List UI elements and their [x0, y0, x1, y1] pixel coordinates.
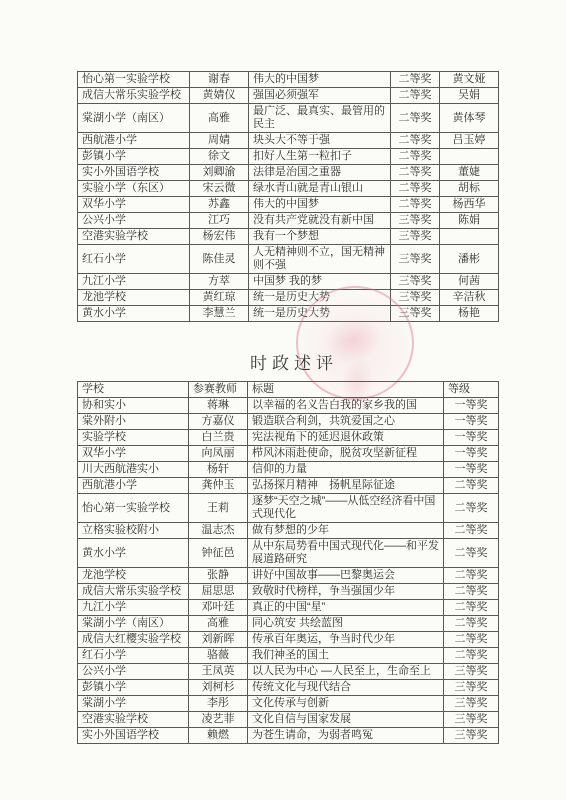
title-cell: 讲好中国故事——巴黎奥运会	[248, 568, 444, 584]
extra-name-cell: 潘彬	[440, 245, 499, 274]
award-cell: 二等奖	[391, 104, 440, 133]
extra-name-cell: 黄文娅	[440, 72, 499, 88]
table-row: 公兴小学 江巧 没有共产党就没有新中国 三等奖 陈娟	[78, 213, 499, 229]
school-cell: 川大西航港实小	[78, 462, 189, 478]
award-cell: 一等奖	[444, 462, 499, 478]
school-cell: 棠湖小学（南区）	[78, 616, 189, 632]
school-cell: 西航港小学	[78, 478, 189, 494]
school-cell: 红石小学	[78, 648, 189, 664]
school-cell: 实小外国语学校	[78, 165, 190, 181]
school-cell: 红石小学	[78, 245, 190, 274]
teacher-cell: 刘卿渝	[190, 165, 249, 181]
school-cell: 西航港小学	[78, 133, 190, 149]
table-row: 立格实验校附小 温志杰 做有梦想的少年 二等奖	[78, 523, 499, 539]
award-cell: 三等奖	[391, 245, 440, 274]
extra-name-cell: 陈娟	[440, 213, 499, 229]
award-cell: 三等奖	[444, 680, 499, 696]
extra-name-cell: 吴娟	[440, 88, 499, 104]
award-cell: 二等奖	[444, 478, 499, 494]
title-cell: 文化传承与创新	[248, 696, 444, 712]
award-cell: 一等奖	[444, 446, 499, 462]
teacher-cell: 邓叶廷	[189, 600, 248, 616]
header-school: 学校	[78, 382, 189, 398]
school-cell: 空港实验学校	[78, 712, 189, 728]
table-row: 实小外国语学校 刘卿渝 法律是治国之重器 二等奖 董婕	[78, 165, 499, 181]
scanned-document-page: 怡心第一实验学校 谢春 伟大的中国梦 二等奖 黄文娅 成信大常乐实验学校 黄婧仪…	[0, 0, 566, 800]
teacher-cell: 王莉	[189, 494, 248, 523]
school-cell: 公兴小学	[78, 664, 189, 680]
table-row: 成信大常乐实验学校 屈思思 致敬时代榜样，争当强国少年 二等奖	[78, 584, 499, 600]
extra-name-cell: 胡标	[440, 181, 499, 197]
school-cell: 空港实验学校	[78, 229, 190, 245]
table-row: 棠湖小学（南区） 高雅 最广泛、最真实、最管用的民主 二等奖 黄体琴	[78, 104, 499, 133]
table-row: 彭镇小学 徐文 扣好人生第一粒扣子 二等奖	[78, 149, 499, 165]
header-award: 等级	[444, 382, 499, 398]
title-cell: 致敬时代榜样，争当强国少年	[248, 584, 444, 600]
award-table-current-affairs: 学校 参赛教师 标题 等级 协和实小 蒋琳 以幸福的名义告白我的家乡我的国 一等…	[77, 381, 499, 744]
table-row: 红石小学 骆薇 我们神圣的国土 二等奖	[78, 648, 499, 664]
teacher-cell: 高雅	[190, 104, 249, 133]
title-cell: 逐梦“天空之城”——从低空经济看中国式现代化	[248, 494, 444, 523]
title-cell: 传统文化与现代结合	[248, 680, 444, 696]
table-row: 空港实验学校 杨宏伟 我有一个梦想 三等奖	[78, 229, 499, 245]
table-row: 黄水小学 李慧兰 统一是历史大势 三等奖 杨艳	[78, 306, 499, 322]
teacher-cell: 李彤	[189, 696, 248, 712]
award-cell: 一等奖	[444, 430, 499, 446]
header-title: 标题	[248, 382, 444, 398]
table-row: 黄水小学 钟征邑 从中东局势看中国式现代化——和平发展道路研究 二等奖	[78, 539, 499, 568]
table-row: 实验学校 白兰贵 宪法视角下的延迟退休政策 一等奖	[78, 430, 499, 446]
table-row: 怡心第一实验学校 谢春 伟大的中国梦 二等奖 黄文娅	[78, 72, 499, 88]
award-cell: 三等奖	[391, 274, 440, 290]
school-cell: 怡心第一实验学校	[78, 494, 189, 523]
table-row: 实小外国语学校 赖燃 为苍生请命，为弱者鸣冤 三等奖	[78, 728, 499, 744]
title-cell: 中国梦 我的梦	[249, 274, 391, 290]
table-row: 川大西航港实小 杨轩 信仰的力量 一等奖	[78, 462, 499, 478]
teacher-cell: 向凤丽	[189, 446, 248, 462]
title-cell: 我有一个梦想	[249, 229, 391, 245]
school-cell: 实验小学（东区）	[78, 181, 190, 197]
title-cell: 法律是治国之重器	[249, 165, 391, 181]
teacher-cell: 谢春	[190, 72, 249, 88]
title-cell: 弘扬探月精神 扬帆星际征途	[248, 478, 444, 494]
title-cell: 伟大的中国梦	[249, 72, 391, 88]
award-cell: 二等奖	[444, 632, 499, 648]
award-cell: 二等奖	[391, 88, 440, 104]
teacher-cell: 苏鑫	[190, 197, 249, 213]
title-cell: 宪法视角下的延迟退休政策	[248, 430, 444, 446]
teacher-cell: 方萃	[190, 274, 249, 290]
award-cell: 二等奖	[391, 133, 440, 149]
school-cell: 双华小学	[78, 446, 189, 462]
teacher-cell: 白兰贵	[189, 430, 248, 446]
title-cell: 做有梦想的少年	[248, 523, 444, 539]
title-cell: 同心筑安 共绘蓝图	[248, 616, 444, 632]
award-table-top: 怡心第一实验学校 谢春 伟大的中国梦 二等奖 黄文娅 成信大常乐实验学校 黄婧仪…	[77, 71, 499, 322]
school-cell: 棠外附小	[78, 414, 189, 430]
school-cell: 棠湖小学（南区）	[78, 104, 190, 133]
award-cell: 三等奖	[444, 664, 499, 680]
award-cell: 二等奖	[444, 600, 499, 616]
table-header-row: 学校 参赛教师 标题 等级	[78, 382, 499, 398]
award-cell: 二等奖	[444, 584, 499, 600]
teacher-cell: 黄婧仪	[190, 88, 249, 104]
award-cell: 三等奖	[391, 213, 440, 229]
teacher-cell: 赖燃	[189, 728, 248, 744]
table-row: 公兴小学 王凤英 以人民为中心 —人民至上，生命至上 三等奖	[78, 664, 499, 680]
award-cell: 三等奖	[444, 696, 499, 712]
teacher-cell: 刘新晖	[189, 632, 248, 648]
teacher-cell: 周婧	[190, 133, 249, 149]
table-row: 龙池学校 黄红琼 统一是历史大势 三等奖 辛洁秋	[78, 290, 499, 306]
table-row: 九江小学 邓叶廷 真正的中国“星” 二等奖	[78, 600, 499, 616]
school-cell: 怡心第一实验学校	[78, 72, 190, 88]
school-cell: 黄水小学	[78, 539, 189, 568]
table-row: 棠外附小 方嘉仪 锻造联合利剑，共筑爱国之心 一等奖	[78, 414, 499, 430]
extra-name-cell	[440, 229, 499, 245]
extra-name-cell: 吕玉婷	[440, 133, 499, 149]
teacher-cell: 李慧兰	[190, 306, 249, 322]
school-cell: 九江小学	[78, 600, 189, 616]
award-cell: 一等奖	[444, 398, 499, 414]
table-row: 成信大常乐实验学校 黄婧仪 强国必须强军 二等奖 吴娟	[78, 88, 499, 104]
school-cell: 彭镇小学	[78, 149, 190, 165]
school-cell: 九江小学	[78, 274, 190, 290]
title-cell: 以人民为中心 —人民至上，生命至上	[248, 664, 444, 680]
school-cell: 彭镇小学	[78, 680, 189, 696]
award-cell: 三等奖	[444, 728, 499, 744]
school-cell: 成信大红樱实验学校	[78, 632, 189, 648]
title-cell: 真正的中国“星”	[248, 600, 444, 616]
teacher-cell: 宋云微	[190, 181, 249, 197]
award-cell: 二等奖	[444, 648, 499, 664]
teacher-cell: 骆薇	[189, 648, 248, 664]
table-row: 西航港小学 龚仲玉 弘扬探月精神 扬帆星际征途 二等奖	[78, 478, 499, 494]
title-cell: 扣好人生第一粒扣子	[249, 149, 391, 165]
school-cell: 成信大常乐实验学校	[78, 584, 189, 600]
table-row: 龙池学校 张静 讲好中国故事——巴黎奥运会 二等奖	[78, 568, 499, 584]
teacher-cell: 温志杰	[189, 523, 248, 539]
title-cell: 文化自信与国家发展	[248, 712, 444, 728]
award-cell: 三等奖	[391, 306, 440, 322]
table-row: 双华小学 向凤丽 栉风沐雨赴使命，脱贫攻坚新征程 一等奖	[78, 446, 499, 462]
title-cell: 统一是历史大势	[249, 290, 391, 306]
school-cell: 龙池学校	[78, 290, 190, 306]
title-cell: 强国必须强军	[249, 88, 391, 104]
school-cell: 实小外国语学校	[78, 728, 189, 744]
table-row: 彭镇小学 刘柯杉 传统文化与现代结合 三等奖	[78, 680, 499, 696]
award-cell: 二等奖	[444, 568, 499, 584]
title-cell: 没有共产党就没有新中国	[249, 213, 391, 229]
award-cell: 三等奖	[391, 229, 440, 245]
title-cell: 绿水青山就是青山银山	[249, 181, 391, 197]
title-cell: 以幸福的名义告白我的家乡我的国	[248, 398, 444, 414]
award-cell: 二等奖	[391, 165, 440, 181]
award-cell: 二等奖	[444, 523, 499, 539]
school-cell: 棠湖小学	[78, 696, 189, 712]
award-cell: 一等奖	[444, 414, 499, 430]
extra-name-cell: 辛洁秋	[440, 290, 499, 306]
school-cell: 立格实验校附小	[78, 523, 189, 539]
teacher-cell: 龚仲玉	[189, 478, 248, 494]
award-cell: 二等奖	[444, 539, 499, 568]
award-cell: 三等奖	[444, 712, 499, 728]
title-cell: 人无精神则不立，国无精神则不强	[249, 245, 391, 274]
teacher-cell: 方嘉仪	[189, 414, 248, 430]
teacher-cell: 陈佳灵	[190, 245, 249, 274]
teacher-cell: 江巧	[190, 213, 249, 229]
table-row: 九江小学 方萃 中国梦 我的梦 三等奖 何茜	[78, 274, 499, 290]
table-row: 协和实小 蒋琳 以幸福的名义告白我的家乡我的国 一等奖	[78, 398, 499, 414]
teacher-cell: 杨宏伟	[190, 229, 249, 245]
extra-name-cell	[440, 149, 499, 165]
teacher-cell: 黄红琼	[190, 290, 249, 306]
teacher-cell: 凌艺菲	[189, 712, 248, 728]
title-cell: 为苍生请命，为弱者鸣冤	[248, 728, 444, 744]
title-cell: 统一是历史大势	[249, 306, 391, 322]
teacher-cell: 王凤英	[189, 664, 248, 680]
title-cell: 传承百年奥运，争当时代少年	[248, 632, 444, 648]
school-cell: 成信大常乐实验学校	[78, 88, 190, 104]
award-cell: 三等奖	[391, 290, 440, 306]
title-cell: 块头大不等于强	[249, 133, 391, 149]
school-cell: 黄水小学	[78, 306, 190, 322]
school-cell: 公兴小学	[78, 213, 190, 229]
teacher-cell: 徐文	[190, 149, 249, 165]
school-cell: 双华小学	[78, 197, 190, 213]
table-row: 实验小学（东区） 宋云微 绿水青山就是青山银山 二等奖 胡标	[78, 181, 499, 197]
table-row: 棠湖小学 李彤 文化传承与创新 三等奖	[78, 696, 499, 712]
award-cell: 二等奖	[391, 197, 440, 213]
teacher-cell: 高雅	[189, 616, 248, 632]
school-cell: 龙池学校	[78, 568, 189, 584]
title-cell: 栉风沐雨赴使命，脱贫攻坚新征程	[248, 446, 444, 462]
header-teacher: 参赛教师	[189, 382, 248, 398]
table-row: 怡心第一实验学校 王莉 逐梦“天空之城”——从低空经济看中国式现代化 二等奖	[78, 494, 499, 523]
extra-name-cell: 黄体琴	[440, 104, 499, 133]
teacher-cell: 钟征邑	[189, 539, 248, 568]
school-cell: 协和实小	[78, 398, 189, 414]
extra-name-cell: 董婕	[440, 165, 499, 181]
table-row: 双华小学 苏鑫 伟大的中国梦 二等奖 杨西华	[78, 197, 499, 213]
award-cell: 二等奖	[391, 72, 440, 88]
extra-name-cell: 何茜	[440, 274, 499, 290]
table-row: 棠湖小学（南区） 高雅 同心筑安 共绘蓝图 二等奖	[78, 616, 499, 632]
table-row: 红石小学 陈佳灵 人无精神则不立，国无精神则不强 三等奖 潘彬	[78, 245, 499, 274]
title-cell: 我们神圣的国土	[248, 648, 444, 664]
teacher-cell: 刘柯杉	[189, 680, 248, 696]
title-cell: 伟大的中国梦	[249, 197, 391, 213]
teacher-cell: 杨轩	[189, 462, 248, 478]
teacher-cell: 张静	[189, 568, 248, 584]
award-cell: 二等奖	[444, 494, 499, 523]
school-cell: 实验学校	[78, 430, 189, 446]
extra-name-cell: 杨艳	[440, 306, 499, 322]
table-row: 西航港小学 周婧 块头大不等于强 二等奖 吕玉婷	[78, 133, 499, 149]
table-row: 成信大红樱实验学校 刘新晖 传承百年奥运，争当时代少年 二等奖	[78, 632, 499, 648]
extra-name-cell: 杨西华	[440, 197, 499, 213]
award-cell: 二等奖	[391, 181, 440, 197]
award-cell: 二等奖	[391, 149, 440, 165]
title-cell: 最广泛、最真实、最管用的民主	[249, 104, 391, 133]
teacher-cell: 屈思思	[189, 584, 248, 600]
title-cell: 锻造联合利剑，共筑爱国之心	[248, 414, 444, 430]
title-cell: 信仰的力量	[248, 462, 444, 478]
table-row: 空港实验学校 凌艺菲 文化自信与国家发展 三等奖	[78, 712, 499, 728]
title-cell: 从中东局势看中国式现代化——和平发展道路研究	[248, 539, 444, 568]
teacher-cell: 蒋琳	[189, 398, 248, 414]
award-cell: 二等奖	[444, 616, 499, 632]
section-title: 时政述评	[0, 349, 566, 374]
